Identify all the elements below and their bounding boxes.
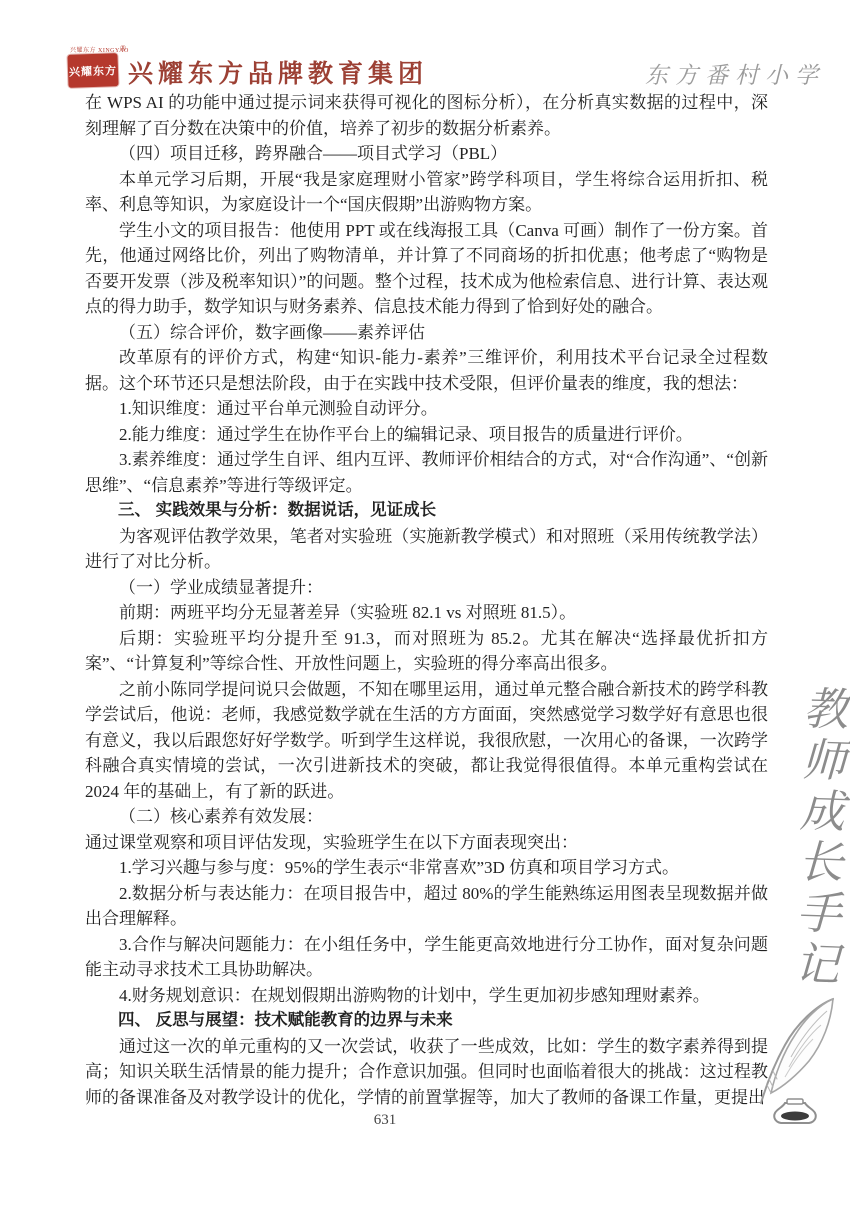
section-heading: 四、 反思与展望：技术赋能教育的边界与未来 bbox=[85, 1008, 768, 1034]
document-page: 兴耀东方 XINGYAO ® 兴耀东方 兴耀东方品牌教育集团 东方番村小学 在 … bbox=[0, 0, 850, 1205]
registered-mark: ® bbox=[120, 44, 126, 53]
paragraph: 2.数据分析与表达能力：在项目报告中，超过 80%的学生能熟练运用图表呈现数据并… bbox=[85, 881, 768, 932]
paragraph: 通过课堂观察和项目评估发现，实验班学生在以下方面表现突出： bbox=[85, 830, 768, 856]
paragraph: 本单元学习后期，开展“我是家庭理财小管家”跨学科项目，学生将综合运用折扣、税率、… bbox=[85, 167, 768, 218]
brand-title: 兴耀东方品牌教育集团 bbox=[128, 54, 428, 90]
paragraph: 3.素养维度：通过学生自评、组内互评、教师评价相结合的方式，对“合作沟通”、“创… bbox=[85, 447, 768, 498]
paragraph: 在 WPS AI 的功能中通过提示词来获得可视化的图标分析），在分析真实数据的过… bbox=[85, 90, 768, 141]
paragraph: 改革原有的评价方式，构建“知识-能力-素养”三维评价，利用技术平台记录全过程数据… bbox=[85, 345, 768, 396]
document-body: 在 WPS AI 的功能中通过提示词来获得可视化的图标分析），在分析真实数据的过… bbox=[85, 90, 768, 1110]
paragraph: 学生小文的项目报告：他使用 PPT 或在线海报工具（Canva 可画）制作了一份… bbox=[85, 218, 768, 320]
school-name: 东方番村小学 bbox=[645, 57, 825, 90]
paragraph: 2.能力维度：通过学生在协作平台上的编辑记录、项目报告的质量进行评价。 bbox=[85, 422, 768, 448]
paragraph: 4.财务规划意识：在规划假期出游购物的计划中，学生更加初步感知理财素养。 bbox=[85, 983, 768, 1009]
paragraph: 3.合作与解决问题能力：在小组任务中，学生能更高效地进行分工协作，面对复杂问题能… bbox=[85, 932, 768, 983]
brand-seal-logo: 兴耀东方 bbox=[67, 53, 118, 88]
quill-and-ink-icon bbox=[747, 995, 842, 1130]
paragraph: （四）项目迁移，跨界融合——项目式学习（PBL） bbox=[85, 141, 768, 167]
paragraph: （一）学业成绩显著提升： bbox=[85, 575, 768, 601]
paragraph: 前期：两班平均分无显著差异（实验班 82.1 vs 对照班 81.5）。 bbox=[85, 600, 768, 626]
paragraph: （二）核心素养有效发展： bbox=[85, 804, 768, 830]
section-heading: 三、 实践效果与分析：数据说话，见证成长 bbox=[85, 498, 768, 524]
paragraph: 后期：实验班平均分提升至 91.3，而对照班为 85.2。尤其在解决“选择最优折… bbox=[85, 626, 768, 677]
paragraph: 之前小陈同学提问说只会做题，不知在哪里运用，通过单元整合融合新技术的跨学科教学尝… bbox=[85, 677, 768, 805]
paragraph: 为客观评估教学效果，笔者对实验班（实施新教学模式）和对照班（采用传统教学法）进行… bbox=[85, 524, 768, 575]
page-number: 631 bbox=[0, 1112, 770, 1129]
paragraph: （五）综合评价，数字画像——素养评估 bbox=[85, 320, 768, 346]
paragraph: 通过这一次的单元重构的又一次尝试，收获了一些成效，比如：学生的数字素养得到提高；… bbox=[85, 1034, 768, 1111]
seal-text: 兴耀东方 bbox=[69, 62, 118, 80]
paragraph: 1.知识维度：通过平台单元测验自动评分。 bbox=[85, 396, 768, 422]
vertical-journal-title: 教师成长手记 bbox=[790, 684, 846, 991]
paragraph: 1.学习兴趣与参与度：95%的学生表示“非常喜欢”3D 仿真和项目学习方式。 bbox=[85, 855, 768, 881]
page-header: 兴耀东方 XINGYAO ® 兴耀东方 兴耀东方品牌教育集团 东方番村小学 bbox=[68, 52, 825, 94]
